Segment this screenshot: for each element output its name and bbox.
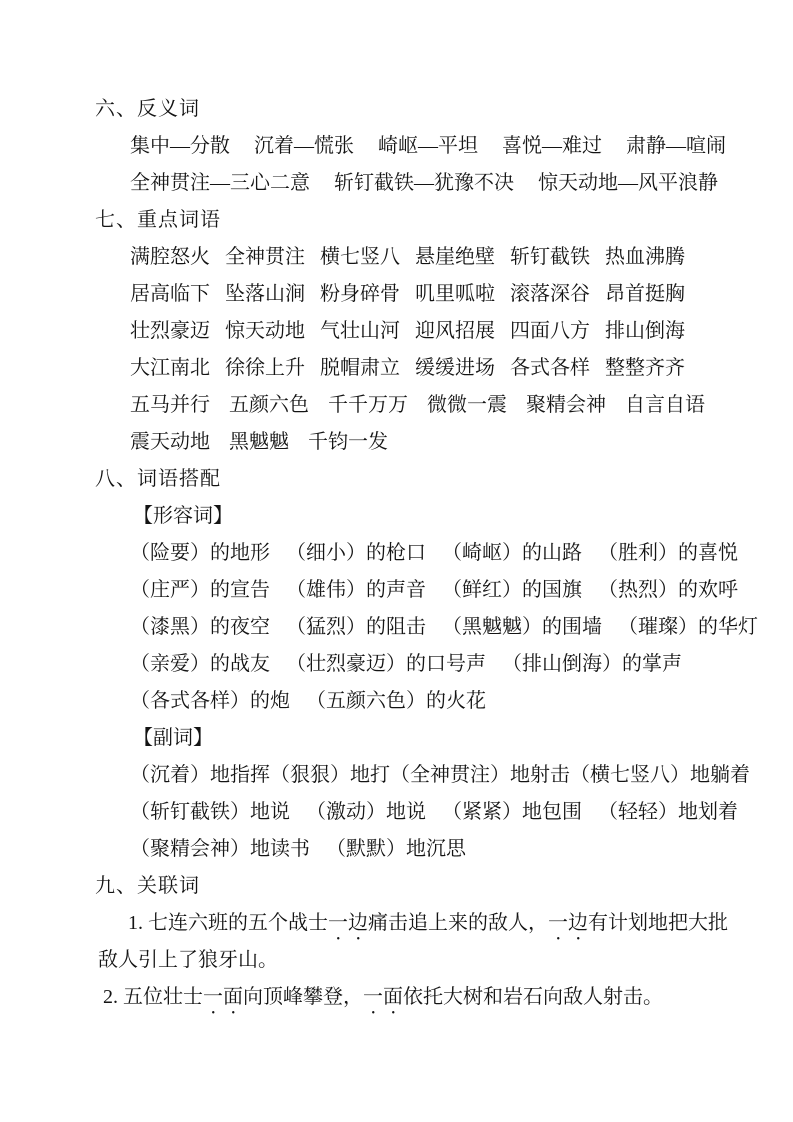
word-row: 居高临下坠落山涧粉身碎骨叽里呱啦滚落深谷昂首挺胸	[95, 276, 753, 313]
word: 满腔怒火	[130, 239, 210, 276]
word: 坠落山涧	[225, 276, 305, 313]
word: （紧紧）地包围	[442, 794, 582, 831]
section-heading-eight: 八、词语搭配	[95, 461, 753, 498]
word: 斩钉截铁—犹豫不决	[334, 165, 514, 202]
section-seven: 七、重点词语满腔怒火全神贯注横七竖八悬崖绝壁斩钉截铁热血沸腾居高临下坠落山涧粉身…	[95, 202, 753, 461]
word: 横七竖八	[320, 239, 400, 276]
word: 排山倒海	[605, 313, 685, 350]
section-eight: 八、词语搭配【形容词】（险要）的地形（细小）的枪口（崎岖）的山路（胜利）的喜悦（…	[95, 461, 753, 868]
word: （胜利）的喜悦	[598, 535, 738, 572]
word-row: 大江南北徐徐上升脱帽肃立缓缓进场各式各样整整齐齐	[95, 350, 753, 387]
word-row: （漆黑）的夜空（猛烈）的阻击（黑魆魆）的围墙（璀璨）的华灯	[95, 609, 753, 646]
word: （黑魆魆）的围墙	[442, 609, 602, 646]
word: 大江南北	[130, 350, 210, 387]
word: （庄严）的宣告	[130, 572, 270, 609]
section-heading-six: 六、反义词	[95, 91, 753, 128]
word: 四面八方	[510, 313, 590, 350]
section-heading-seven: 七、重点词语	[95, 202, 753, 239]
word: （细小）的枪口	[286, 535, 426, 572]
word: 喜悦—难过	[502, 128, 602, 165]
word-row: 全神贯注—三心二意斩钉截铁—犹豫不决惊天动地—风平浪静	[95, 165, 753, 202]
word: （壮烈豪迈）的口号声	[286, 646, 486, 683]
emphasized-text: 一面	[363, 979, 403, 1019]
word-row: 五马并行五颜六色千千万万微微一震聚精会神自言自语	[95, 387, 753, 424]
word: （璀璨）的华灯	[618, 609, 758, 646]
word: 滚落深谷	[510, 276, 590, 313]
word: 千钧一发	[308, 424, 388, 461]
word: （猛烈）的阻击	[286, 609, 426, 646]
word: 集中—分散	[130, 128, 230, 165]
word: 黑魆魆	[229, 424, 289, 461]
word: 崎岖—平坦	[378, 128, 478, 165]
word: 全神贯注—三心二意	[130, 165, 310, 202]
sentence-line: 敌人引上了狼牙山。	[95, 942, 753, 979]
word: 聚精会神	[526, 387, 606, 424]
word: 粉身碎骨	[320, 276, 400, 313]
word: 壮烈豪迈	[130, 313, 210, 350]
word-row: （沉着）地指挥（狠狠）地打（全神贯注）地射击（横七竖八）地躺着	[95, 757, 753, 794]
word: 热血沸腾	[605, 239, 685, 276]
word-row: （亲爱）的战友（壮烈豪迈）的口号声（排山倒海）的掌声	[95, 646, 753, 683]
word: 整整齐齐	[605, 350, 685, 387]
word: 脱帽肃立	[320, 350, 400, 387]
word: 五马并行	[130, 387, 210, 424]
sentence-text: 1. 七连六班的五个战士	[128, 905, 328, 942]
word: 斩钉截铁	[510, 239, 590, 276]
word: 缓缓进场	[415, 350, 495, 387]
word: 惊天动地	[225, 313, 305, 350]
emphasized-text: 一边	[328, 905, 368, 945]
word: 叽里呱啦	[415, 276, 495, 313]
word: 五颜六色	[229, 387, 309, 424]
word: （聚精会神）地读书	[130, 831, 310, 868]
emphasized-text: 一边	[548, 905, 588, 945]
sentence-text: 有计划地把大批	[588, 905, 728, 942]
word: 自言自语	[625, 387, 705, 424]
subheading: 【副词】	[95, 720, 753, 757]
word: （雄伟）的声音	[286, 572, 426, 609]
word: （轻轻）地划着	[598, 794, 738, 831]
word: 气壮山河	[320, 313, 400, 350]
sentence-text: 依托大树和岩石向敌人射击。	[403, 979, 663, 1016]
word-row: 满腔怒火全神贯注横七竖八悬崖绝壁斩钉截铁热血沸腾	[95, 239, 753, 276]
section-six: 六、反义词集中—分散沉着—慌张崎岖—平坦喜悦—难过肃静—喧闹全神贯注—三心二意斩…	[95, 91, 753, 202]
word: （五颜六色）的火花	[306, 683, 486, 720]
word: 全神贯注	[225, 239, 305, 276]
word: 沉着—慌张	[254, 128, 354, 165]
section-nine: 九、关联词1. 七连六班的五个战士一边痛击追上来的敌人， 一边有计划地把大批敌人…	[95, 868, 753, 1016]
word-row: （庄严）的宣告（雄伟）的声音（鲜红）的国旗（热烈）的欢呼	[95, 572, 753, 609]
section-heading-nine: 九、关联词	[95, 868, 753, 905]
document-content: 六、反义词集中—分散沉着—慌张崎岖—平坦喜悦—难过肃静—喧闹全神贯注—三心二意斩…	[95, 91, 753, 1016]
word: （亲爱）的战友	[130, 646, 270, 683]
word: 各式各样	[510, 350, 590, 387]
word: 微微一震	[427, 387, 507, 424]
word: （默默）地沉思	[326, 831, 466, 868]
word-row: 壮烈豪迈惊天动地气壮山河迎风招展四面八方排山倒海	[95, 313, 753, 350]
word-row: （各式各样）的炮（五颜六色）的火花	[95, 683, 753, 720]
word: 悬崖绝壁	[415, 239, 495, 276]
word: 昂首挺胸	[605, 276, 685, 313]
word: （崎岖）的山路	[442, 535, 582, 572]
word: 肃静—喧闹	[626, 128, 726, 165]
sentence-text: 向顶峰攀登，	[243, 979, 363, 1016]
word-row: 集中—分散沉着—慌张崎岖—平坦喜悦—难过肃静—喧闹	[95, 128, 753, 165]
sentence-line: 1. 七连六班的五个战士一边痛击追上来的敌人， 一边有计划地把大批	[95, 905, 753, 942]
word: 徐徐上升	[225, 350, 305, 387]
word-row: （聚精会神）地读书（默默）地沉思	[95, 831, 753, 868]
word-row: 震天动地黑魆魆千钧一发	[95, 424, 753, 461]
word: 居高临下	[130, 276, 210, 313]
sentence-text: 痛击追上来的敌人，	[368, 905, 548, 942]
document-page: 六、反义词集中—分散沉着—慌张崎岖—平坦喜悦—难过肃静—喧闹全神贯注—三心二意斩…	[0, 0, 793, 1122]
word: （斩钉截铁）地说	[130, 794, 290, 831]
word: 惊天动地—风平浪静	[538, 165, 718, 202]
word: 迎风招展	[415, 313, 495, 350]
word: （沉着）地指挥（狠狠）地打（全神贯注）地射击（横七竖八）地躺着	[130, 757, 750, 794]
sentence-text: 2. 五位壮士	[103, 979, 203, 1016]
word: （排山倒海）的掌声	[502, 646, 682, 683]
word: 千千万万	[328, 387, 408, 424]
word: 震天动地	[130, 424, 210, 461]
word: （激动）地说	[306, 794, 426, 831]
sentence-line: 2. 五位壮士一面向顶峰攀登， 一面依托大树和岩石向敌人射击。	[95, 979, 753, 1016]
sentence-text: 敌人引上了狼牙山。	[98, 942, 278, 979]
word-row: （险要）的地形（细小）的枪口（崎岖）的山路（胜利）的喜悦	[95, 535, 753, 572]
word: （各式各样）的炮	[130, 683, 290, 720]
word: （热烈）的欢呼	[598, 572, 738, 609]
emphasized-text: 一面	[203, 979, 243, 1019]
subheading: 【形容词】	[95, 498, 753, 535]
word: （鲜红）的国旗	[442, 572, 582, 609]
word: （险要）的地形	[130, 535, 270, 572]
word: （漆黑）的夜空	[130, 609, 270, 646]
word-row: （斩钉截铁）地说（激动）地说（紧紧）地包围（轻轻）地划着	[95, 794, 753, 831]
